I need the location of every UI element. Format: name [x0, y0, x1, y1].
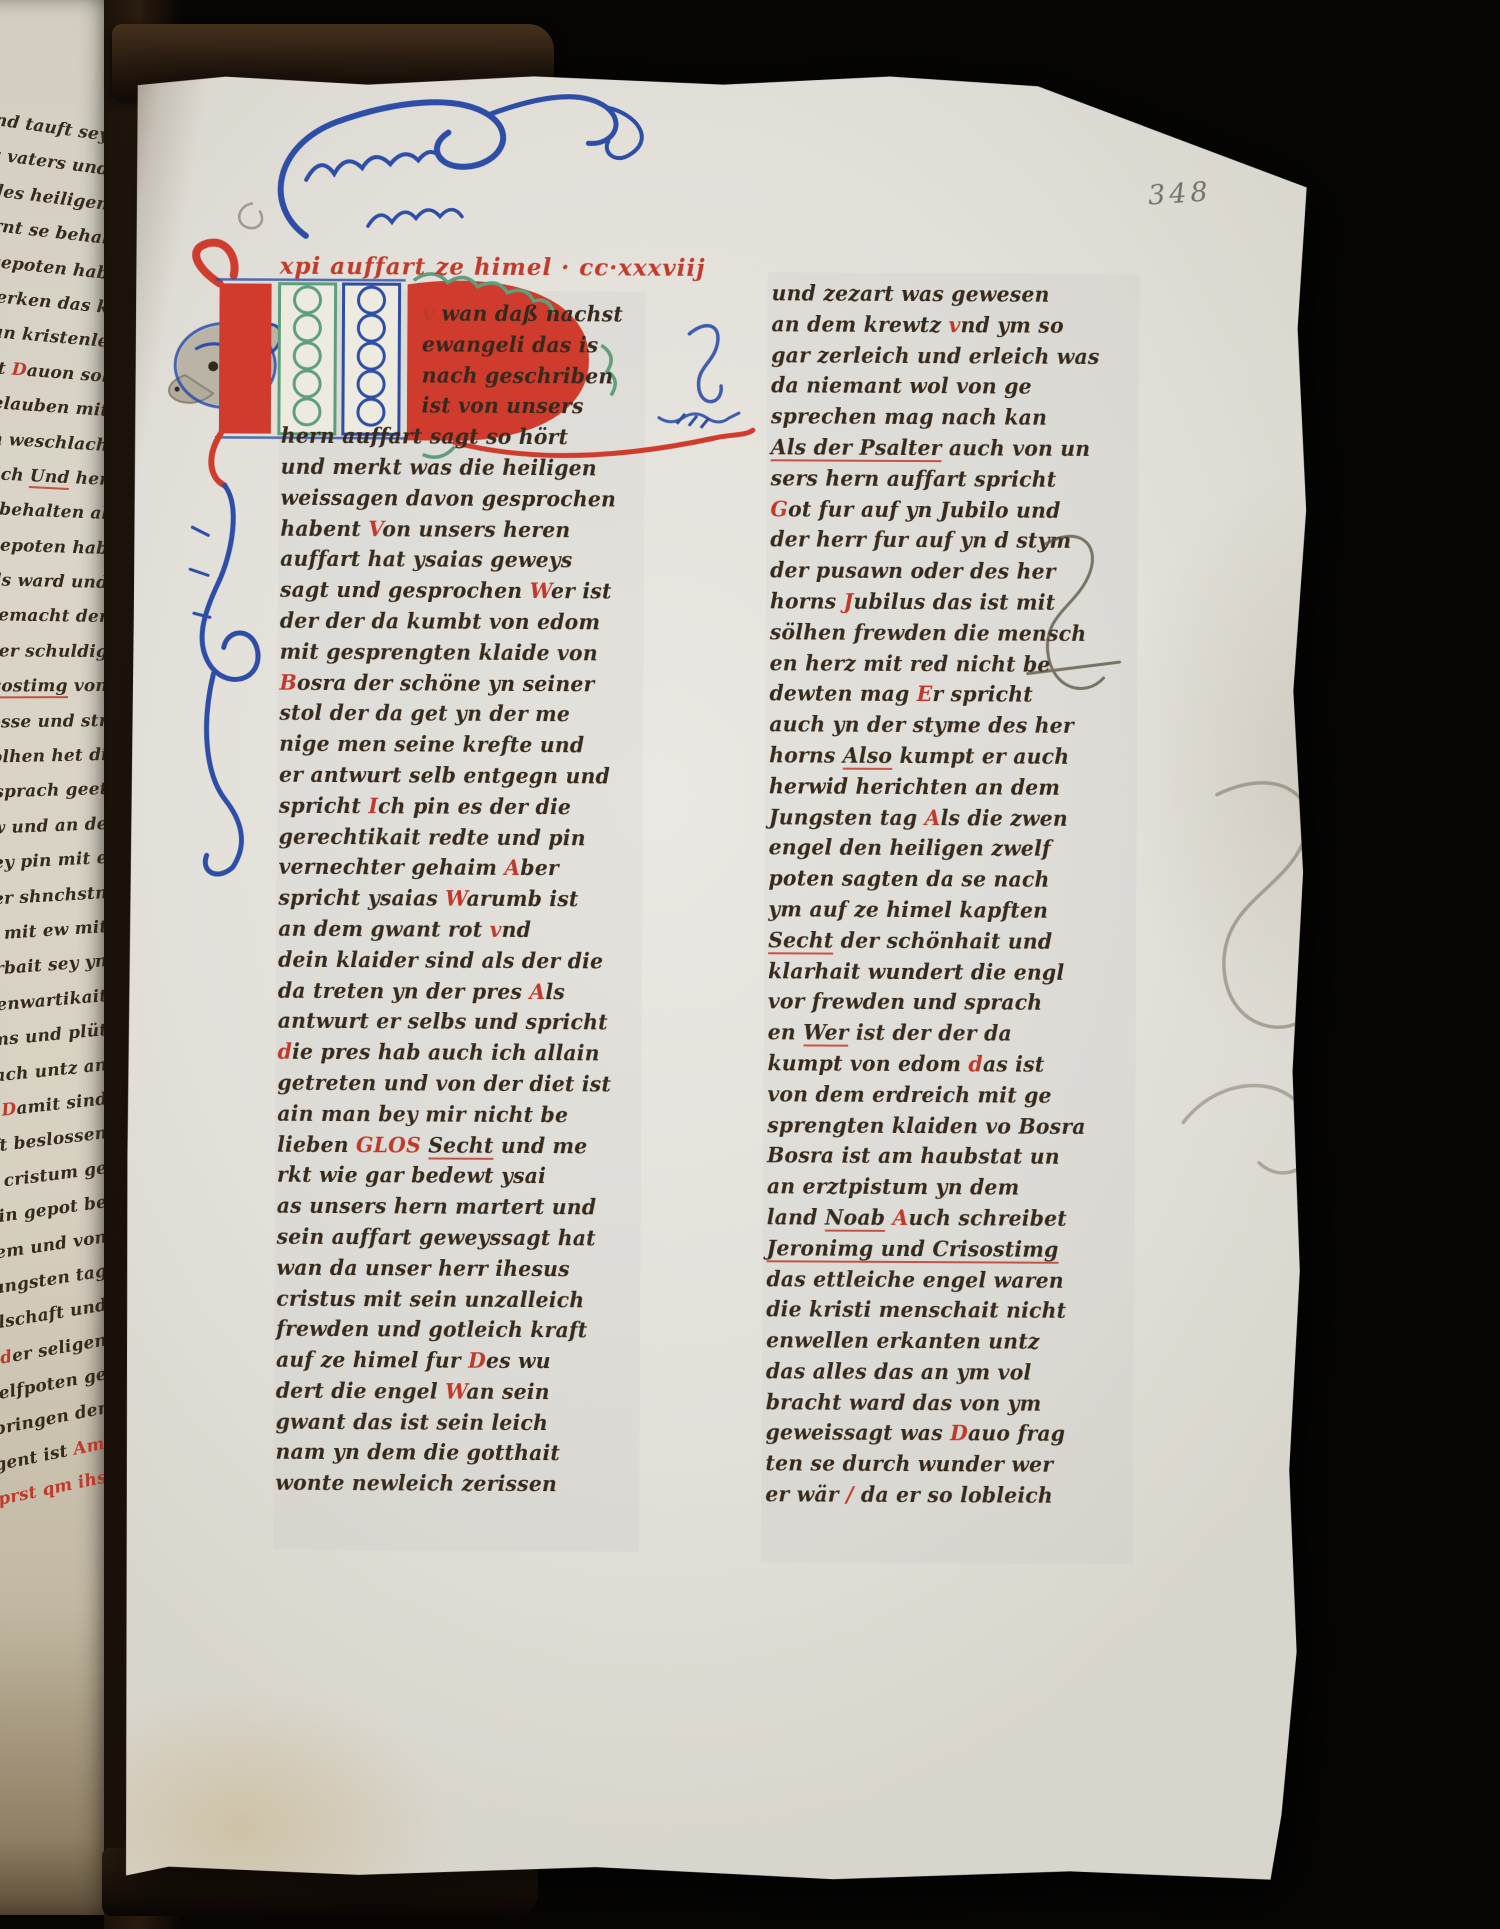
- facing-page-text: frach und tauft seynamen des vaters undn…: [0, 126, 108, 1502]
- parchment-leaf: xpi auffart ze himel · cc·xxxviij v wan …: [121, 69, 1316, 1887]
- blue-wavy-mark: [659, 413, 739, 422]
- margin-marks: [121, 69, 1316, 1887]
- text-line: in gepot gemacht der: [0, 604, 108, 642]
- text-line: Crisostimg von: [0, 676, 108, 711]
- text-line: empfolhen het di: [0, 745, 108, 784]
- text-line: ich ew gepoten hab: [0, 531, 109, 573]
- text-line: umb als ward und: [0, 568, 108, 608]
- pen-trial-large: [1216, 783, 1319, 1028]
- pen-trial-small: [1028, 536, 1121, 689]
- manuscript-page: xpi auffart ze himel · cc·xxxviij v wan …: [121, 69, 1316, 1887]
- facing-page-fragment: frach und tauft seynamen des vaters undn…: [0, 0, 118, 1915]
- text-line: er so grosse und str: [0, 711, 108, 748]
- blue-scribble-mark: [689, 326, 722, 402]
- text-line: wird aller schuldig: [0, 641, 108, 677]
- photo-stage: frach und tauft seynamen des vaters undn…: [0, 0, 1500, 1929]
- pen-trial-curl: [1183, 1085, 1314, 1173]
